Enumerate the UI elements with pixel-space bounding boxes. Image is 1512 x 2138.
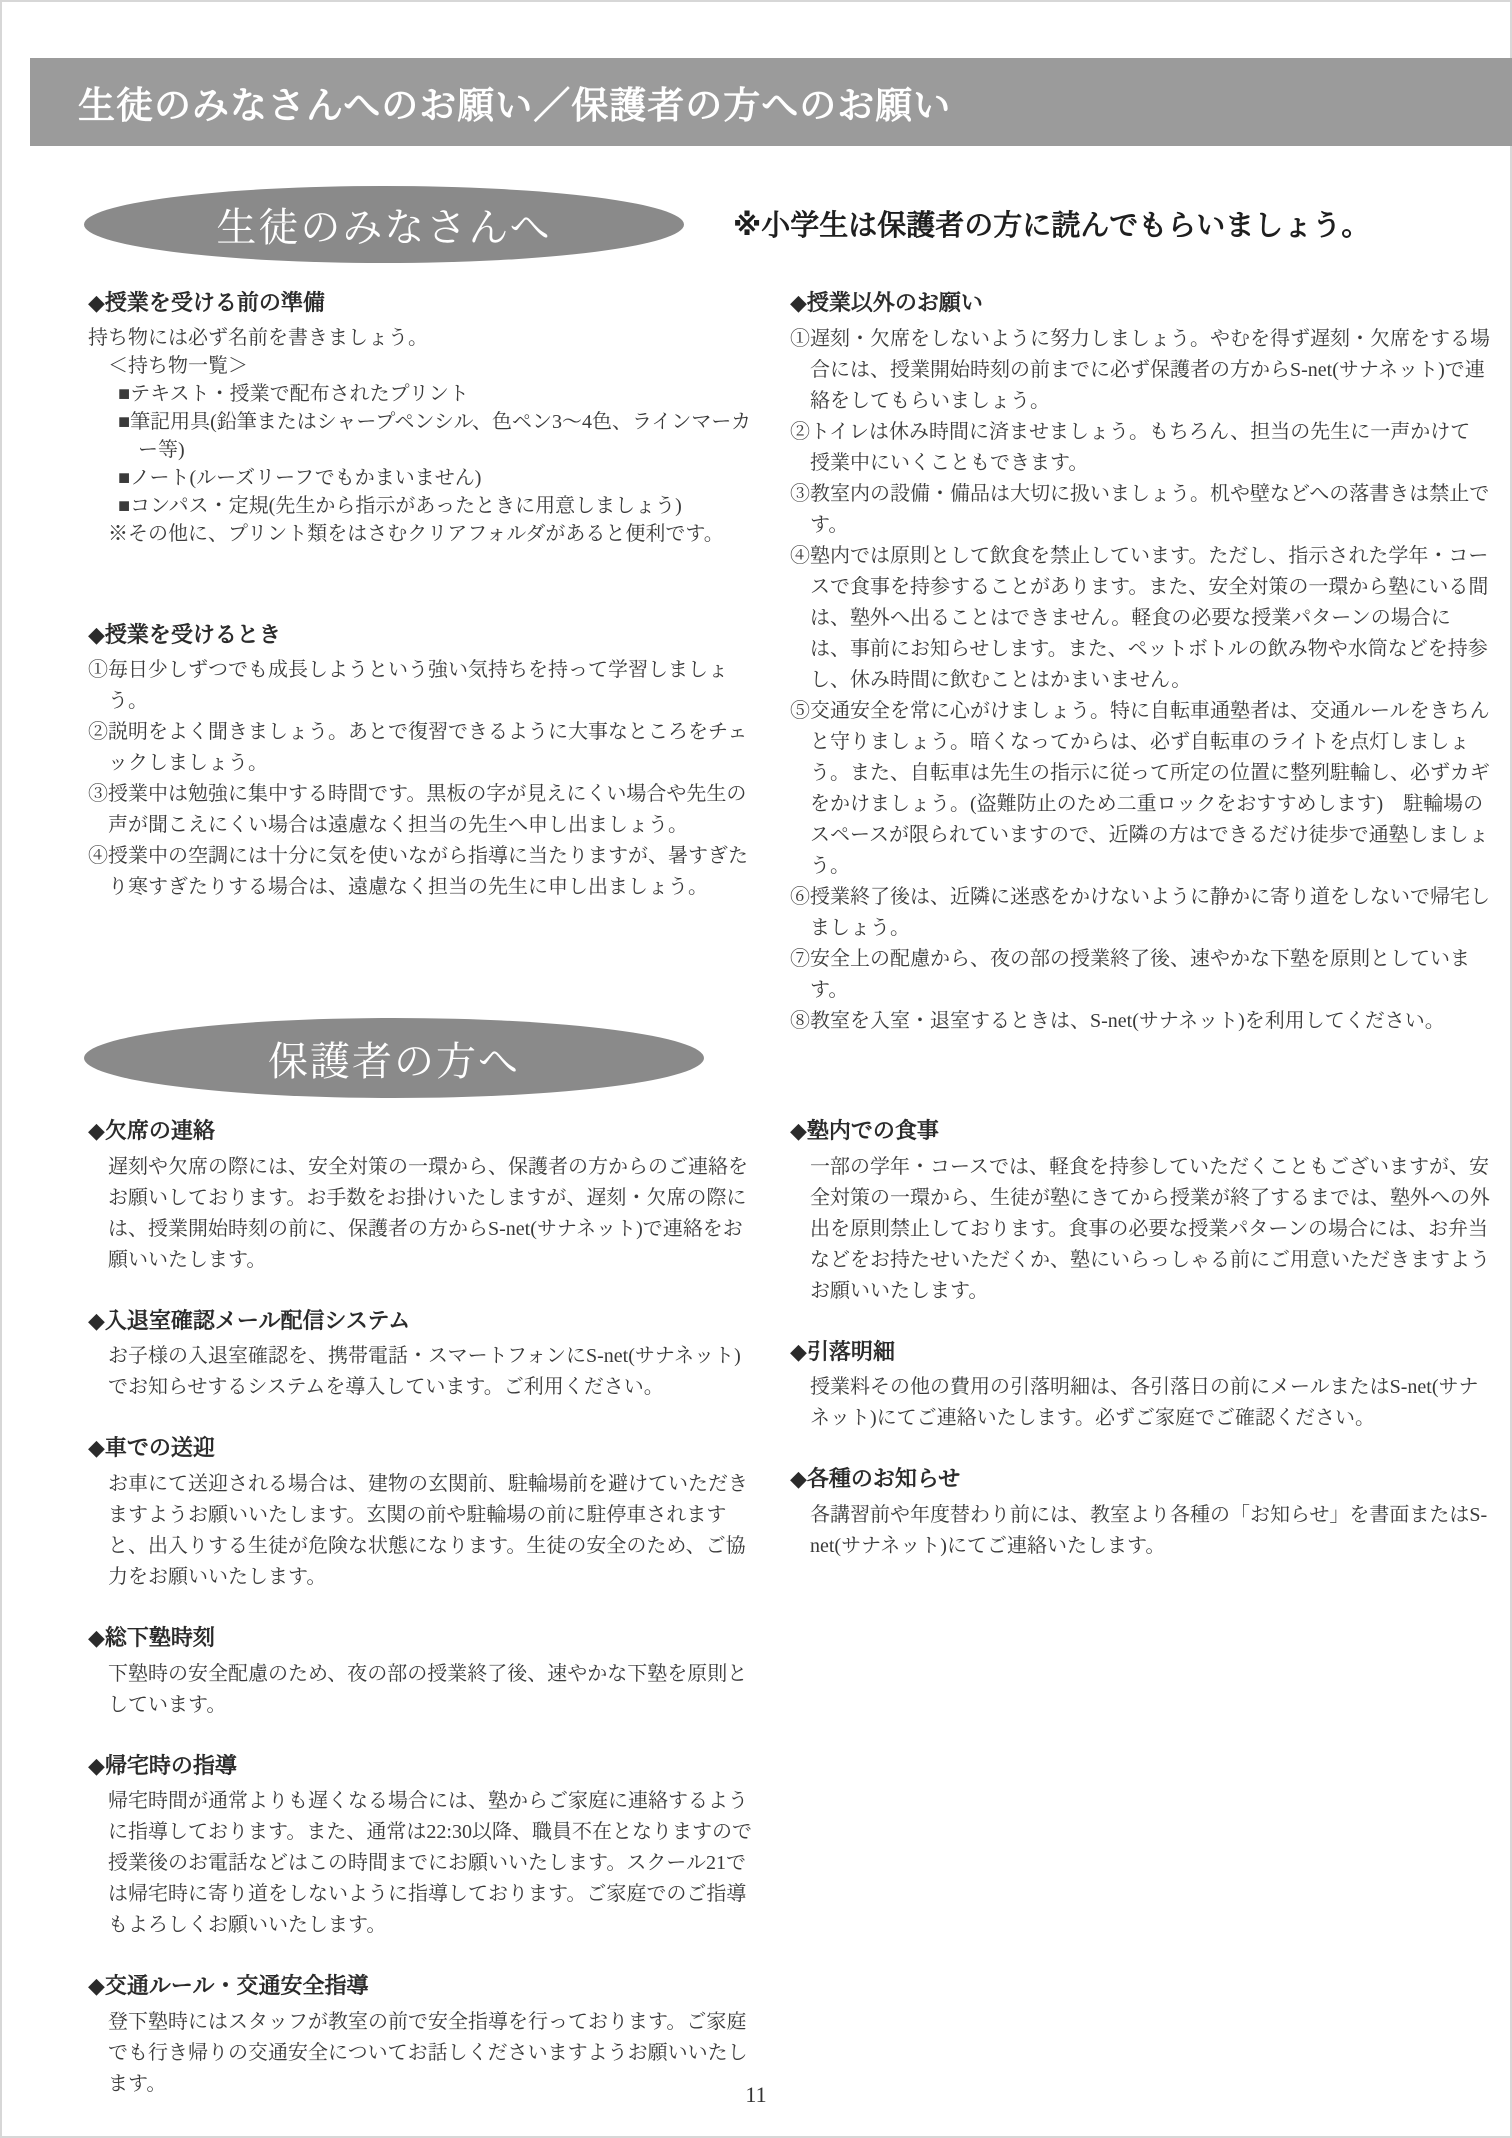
numbered-item: ①毎日少しずつでも成長しようという強い気持ちを持って学習しましょう。: [88, 655, 760, 717]
section-heading-other-requests: ◆授業以外のお願い: [790, 288, 1490, 318]
numbered-item: ②トイレは休み時間に済ませましょう。もちろん、担当の先生に一声かけて授業中にいく…: [790, 417, 1490, 479]
section-during-class: ◆授業を受けるとき ①毎日少しずつでも成長しようという強い気持ちを持って学習しま…: [88, 620, 760, 904]
numbered-item: ④塾内では原則として飲食を禁止しています。ただし、指示された学年・コースで食事を…: [790, 541, 1490, 696]
parents-section-badge: 保護者の方へ: [84, 1018, 704, 1098]
students-badge-label: 生徒のみなさんへ: [216, 196, 551, 253]
header-band: 生徒のみなさんへのお願い／保護者の方へのお願い: [30, 58, 1512, 146]
numbered-item: ④授業中の空調には十分に気を使いながら指導に当たりますが、暑すぎたり寒すぎたりす…: [88, 841, 760, 903]
students-left-column: ◆授業を受ける前の準備 持ち物には必ず名前を書きましょう。 ＜持ち物一覧＞ ■テ…: [88, 288, 760, 933]
section-traffic-safety-guidance: ◆交通ルール・交通安全指導 登下塾時にはスタッフが教室の前で安全指導を行っており…: [88, 1971, 760, 2100]
section-absence-contact: ◆欠席の連絡 遅刻や欠席の際には、安全対策の一環から、保護者の方からのご連絡をお…: [88, 1116, 760, 1276]
section-entry-exit-mail-system: ◆入退室確認メール配信システム お子様の入退室確認を、携帯電話・スマートフォンに…: [88, 1306, 760, 1404]
document-page: 生徒のみなさんへのお願い／保護者の方へのお願い 生徒のみなさんへ ※小学生は保護…: [0, 0, 1512, 2138]
section-meals-at-school: ◆塾内での食事 一部の学年・コースでは、軽食を持参していただくこともございますが…: [790, 1116, 1490, 1307]
section-heading-entry-exit-mail: ◆入退室確認メール配信システム: [88, 1306, 760, 1336]
numbered-item: ⑧教室を入室・退室するときは、S-net(サナネット)を利用してください。: [790, 1006, 1490, 1037]
students-section-badge: 生徒のみなさんへ: [84, 186, 684, 263]
belongings-list-item: ■筆記用具(鉛筆またはシャープペンシル、色ペン3～4色、ラインマーカー等): [118, 408, 760, 464]
section-heading-dismissal-time: ◆総下塾時刻: [88, 1623, 760, 1653]
section-body-text: 各講習前や年度替わり前には、教室より各種の「お知らせ」を書面またはS-net(サ…: [810, 1500, 1490, 1562]
numbered-item: ⑤交通安全を常に心がけましょう。特に自転車通塾者は、交通ルールをきちんと守りまし…: [790, 696, 1490, 882]
numbered-item: ⑥授業終了後は、近隣に迷惑をかけないように静かに寄り道をしないで帰宅しましょう。: [790, 882, 1490, 944]
section-other-requests: ◆授業以外のお願い ①遅刻・欠席をしないように努力しましょう。やむを得ず遅刻・欠…: [790, 288, 1490, 1037]
belongings-list-title: ＜持ち物一覧＞: [108, 352, 760, 380]
students-right-column: ◆授業以外のお願い ①遅刻・欠席をしないように努力しましょう。やむを得ず遅刻・欠…: [790, 288, 1490, 1067]
belongings-list-item: ■テキスト・授業で配布されたプリント: [118, 380, 760, 408]
section-dismissal-time: ◆総下塾時刻 下塾時の安全配慮のため、夜の部の授業終了後、速やかな下塾を原則とし…: [88, 1623, 760, 1721]
parents-left-column: ◆欠席の連絡 遅刻や欠席の際には、安全対策の一環から、保護者の方からのご連絡をお…: [88, 1116, 760, 2130]
section-body-text: お車にて送迎される場合は、建物の玄関前、駐輪場前を避けていただきますようお願いい…: [108, 1469, 760, 1593]
page-header-title: 生徒のみなさんへのお願い／保護者の方へのお願い: [78, 75, 951, 129]
section-body-text: 遅刻や欠席の際には、安全対策の一環から、保護者の方からのご連絡をお願いしておりま…: [108, 1152, 760, 1276]
section-debit-statement: ◆引落明細 授業料その他の費用の引落明細は、各引落日の前にメールまたはS-net…: [790, 1337, 1490, 1435]
section-heading-absence-contact: ◆欠席の連絡: [88, 1116, 760, 1146]
section-heading-during-class: ◆授業を受けるとき: [88, 620, 760, 650]
elementary-students-note: ※小学生は保護者の方に読んでもらいましょう。: [733, 203, 1370, 244]
section-heading-car-pickup: ◆車での送迎: [88, 1433, 760, 1463]
section-heading-meals: ◆塾内での食事: [790, 1116, 1490, 1146]
section-heading-traffic-safety: ◆交通ルール・交通安全指導: [88, 1971, 760, 2001]
page-number: 11: [0, 2082, 1512, 2108]
section-heading-going-home-guidance: ◆帰宅時の指導: [88, 1751, 760, 1781]
section-body-text: 一部の学年・コースでは、軽食を持参していただくこともございますが、安全対策の一環…: [810, 1152, 1490, 1307]
section-body-text: お子様の入退室確認を、携帯電話・スマートフォンにS-net(サナネット)でお知ら…: [108, 1341, 760, 1403]
section-various-notices: ◆各種のお知らせ 各講習前や年度替わり前には、教室より各種の「お知らせ」を書面ま…: [790, 1464, 1490, 1562]
numbered-item: ②説明をよく聞きましょう。あとで復習できるように大事なところをチェックしましょう…: [88, 717, 760, 779]
section-going-home-guidance: ◆帰宅時の指導 帰宅時間が通常よりも遅くなる場合には、塾からご家庭に連絡するよう…: [88, 1751, 760, 1942]
section-heading-preparation: ◆授業を受ける前の準備: [88, 288, 760, 318]
preparation-note-text: ※その他に、プリント類をはさむクリアフォルダがあると便利です。: [108, 520, 760, 548]
section-body-text: 授業料その他の費用の引落明細は、各引落日の前にメールまたはS-net(サナネット…: [810, 1372, 1490, 1434]
numbered-item: ③教室内の設備・備品は大切に扱いましょう。机や壁などへの落書きは禁止です。: [790, 479, 1490, 541]
numbered-item: ⑦安全上の配慮から、夜の部の授業終了後、速やかな下塾を原則としています。: [790, 944, 1490, 1006]
preparation-intro-text: 持ち物には必ず名前を書きましょう。: [88, 324, 760, 352]
numbered-item: ③授業中は勉強に集中する時間です。黒板の字が見えにくい場合や先生の声が聞こえにく…: [88, 779, 760, 841]
section-heading-various-notices: ◆各種のお知らせ: [790, 1464, 1490, 1494]
section-body-text: 帰宅時間が通常よりも遅くなる場合には、塾からご家庭に連絡するように指導しておりま…: [108, 1786, 760, 1941]
numbered-item: ①遅刻・欠席をしないように努力しましょう。やむを得ず遅刻・欠席をする場合には、授…: [790, 324, 1490, 417]
parents-right-column: ◆塾内での食事 一部の学年・コースでは、軽食を持参していただくこともございますが…: [790, 1116, 1490, 1592]
section-class-preparation: ◆授業を受ける前の準備 持ち物には必ず名前を書きましょう。 ＜持ち物一覧＞ ■テ…: [88, 288, 760, 548]
belongings-list-item: ■ノート(ルーズリーフでもかまいません): [118, 464, 760, 492]
belongings-list-item: ■コンパス・定規(先生から指示があったときに用意しましょう): [118, 492, 760, 520]
section-body-text: 下塾時の安全配慮のため、夜の部の授業終了後、速やかな下塾を原則としています。: [108, 1659, 760, 1721]
parents-badge-label: 保護者の方へ: [268, 1030, 520, 1087]
section-car-pickup: ◆車での送迎 お車にて送迎される場合は、建物の玄関前、駐輪場前を避けていただきま…: [88, 1433, 760, 1593]
section-heading-debit-statement: ◆引落明細: [790, 1337, 1490, 1367]
